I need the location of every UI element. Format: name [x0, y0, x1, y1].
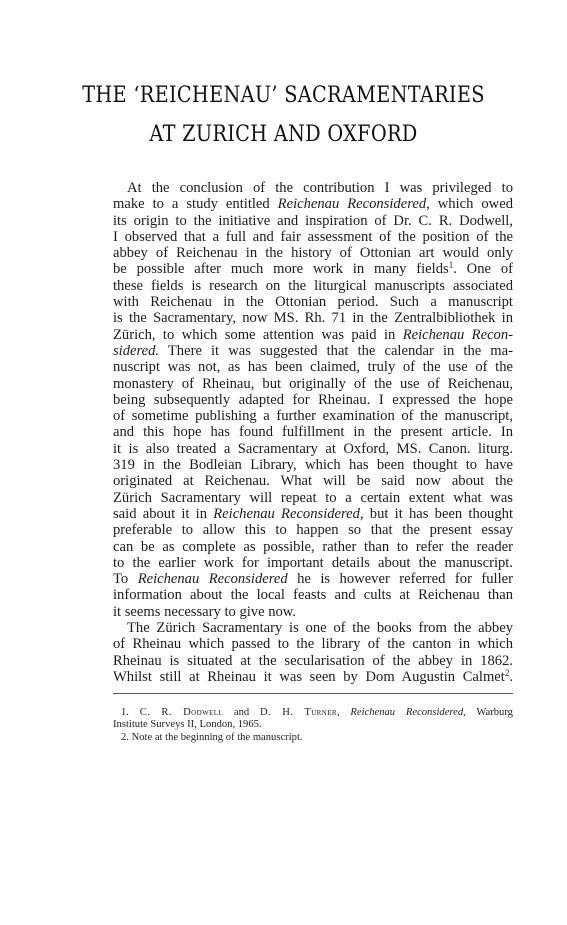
body-line: preferable to allow this to happen so th… [113, 522, 513, 538]
body-line: monastery of Rheinau, but originally of … [113, 376, 513, 392]
body-line: of sometime publishing a further examina… [113, 408, 513, 424]
body-line: it is also treated a Sacramentary at Oxf… [113, 441, 513, 457]
footnote-italic-title: Reichenau Reconsidered [350, 707, 463, 718]
body-line: and this hope has found fulfillment in t… [113, 424, 513, 440]
body-line: Zürich Sacramentary will repeat to a cer… [113, 490, 513, 506]
body-line: being subsequently adapted for Rheinau. … [113, 392, 513, 408]
body-line: abbey of Reichenau in the history of Ott… [113, 245, 513, 261]
footnote-author: D. H. Turner [260, 707, 337, 718]
body-line: with Reichenau in the Ottonian period. S… [113, 294, 513, 310]
body-line: nuscript was not, as has been claimed, t… [113, 359, 513, 375]
body-line: of Rheinau which passed to the library o… [113, 636, 513, 652]
body-line: Whilst still at Rheinau it was seen by D… [113, 669, 513, 685]
footnotes: 1. C. R. Dodwell and D. H. Turner, Reich… [113, 707, 513, 744]
body-line: The Zürich Sacramentary is one of the bo… [113, 620, 513, 636]
body-line: originated at Reichenau. What will be sa… [113, 473, 513, 489]
italic-title: sidered. [113, 343, 159, 359]
body-line: said about it in Reichenau Reconsidered,… [113, 506, 513, 522]
body-line: be possible after much more work in many… [113, 261, 513, 277]
footnote-1-continued: Institute Surveys II, London, 1965. [113, 719, 513, 731]
article-title-line-1: THE ‘REICHENAU’ SACRAMENTARIES [40, 82, 528, 108]
italic-title: Reichenau Reconsidered [138, 571, 288, 587]
italic-title: Reichenau Recon- [403, 327, 513, 343]
body-line: information about the local feasts and c… [113, 587, 513, 603]
body-line: it seems necessary to give now. [113, 604, 513, 620]
footnote-separator-rule [113, 693, 513, 694]
body-line: At the conclusion of the contribution I … [113, 180, 513, 196]
body-line: is the Sacramentary, now MS. Rh. 71 in t… [113, 310, 513, 326]
body-line: its origin to the initiative and inspira… [113, 213, 513, 229]
body-line: To Reichenau Reconsidered he is however … [113, 571, 513, 587]
italic-title: Reichenau Reconsidered [213, 506, 360, 522]
footnote-1: 1. C. R. Dodwell and D. H. Turner, Reich… [113, 707, 513, 719]
body-line: Rheinau is situated at the secularisatio… [113, 653, 513, 669]
body-line: 319 in the Bodleian Library, which has b… [113, 457, 513, 473]
body-line: these fields is research on the liturgic… [113, 278, 513, 294]
footnote-2: 2. Note at the beginning of the manuscri… [113, 732, 513, 744]
body-line: make to a study entitled Reichenau Recon… [113, 196, 513, 212]
body-line: can be as complete as possible, rather t… [113, 539, 513, 555]
article-body: At the conclusion of the contribution I … [113, 180, 513, 685]
body-line: to the earlier work for important detail… [113, 555, 513, 571]
body-line: I observed that a full and fair assessme… [113, 229, 513, 245]
italic-title: Reichenau Reconsidered [278, 196, 426, 212]
article-title-line-2: AT ZURICH AND OXFORD [40, 121, 528, 147]
body-line: Zürich, to which some attention was paid… [113, 327, 513, 343]
body-line: sidered. There it was suggested that the… [113, 343, 513, 359]
footnote-author: C. R. Dodwell [140, 707, 223, 718]
